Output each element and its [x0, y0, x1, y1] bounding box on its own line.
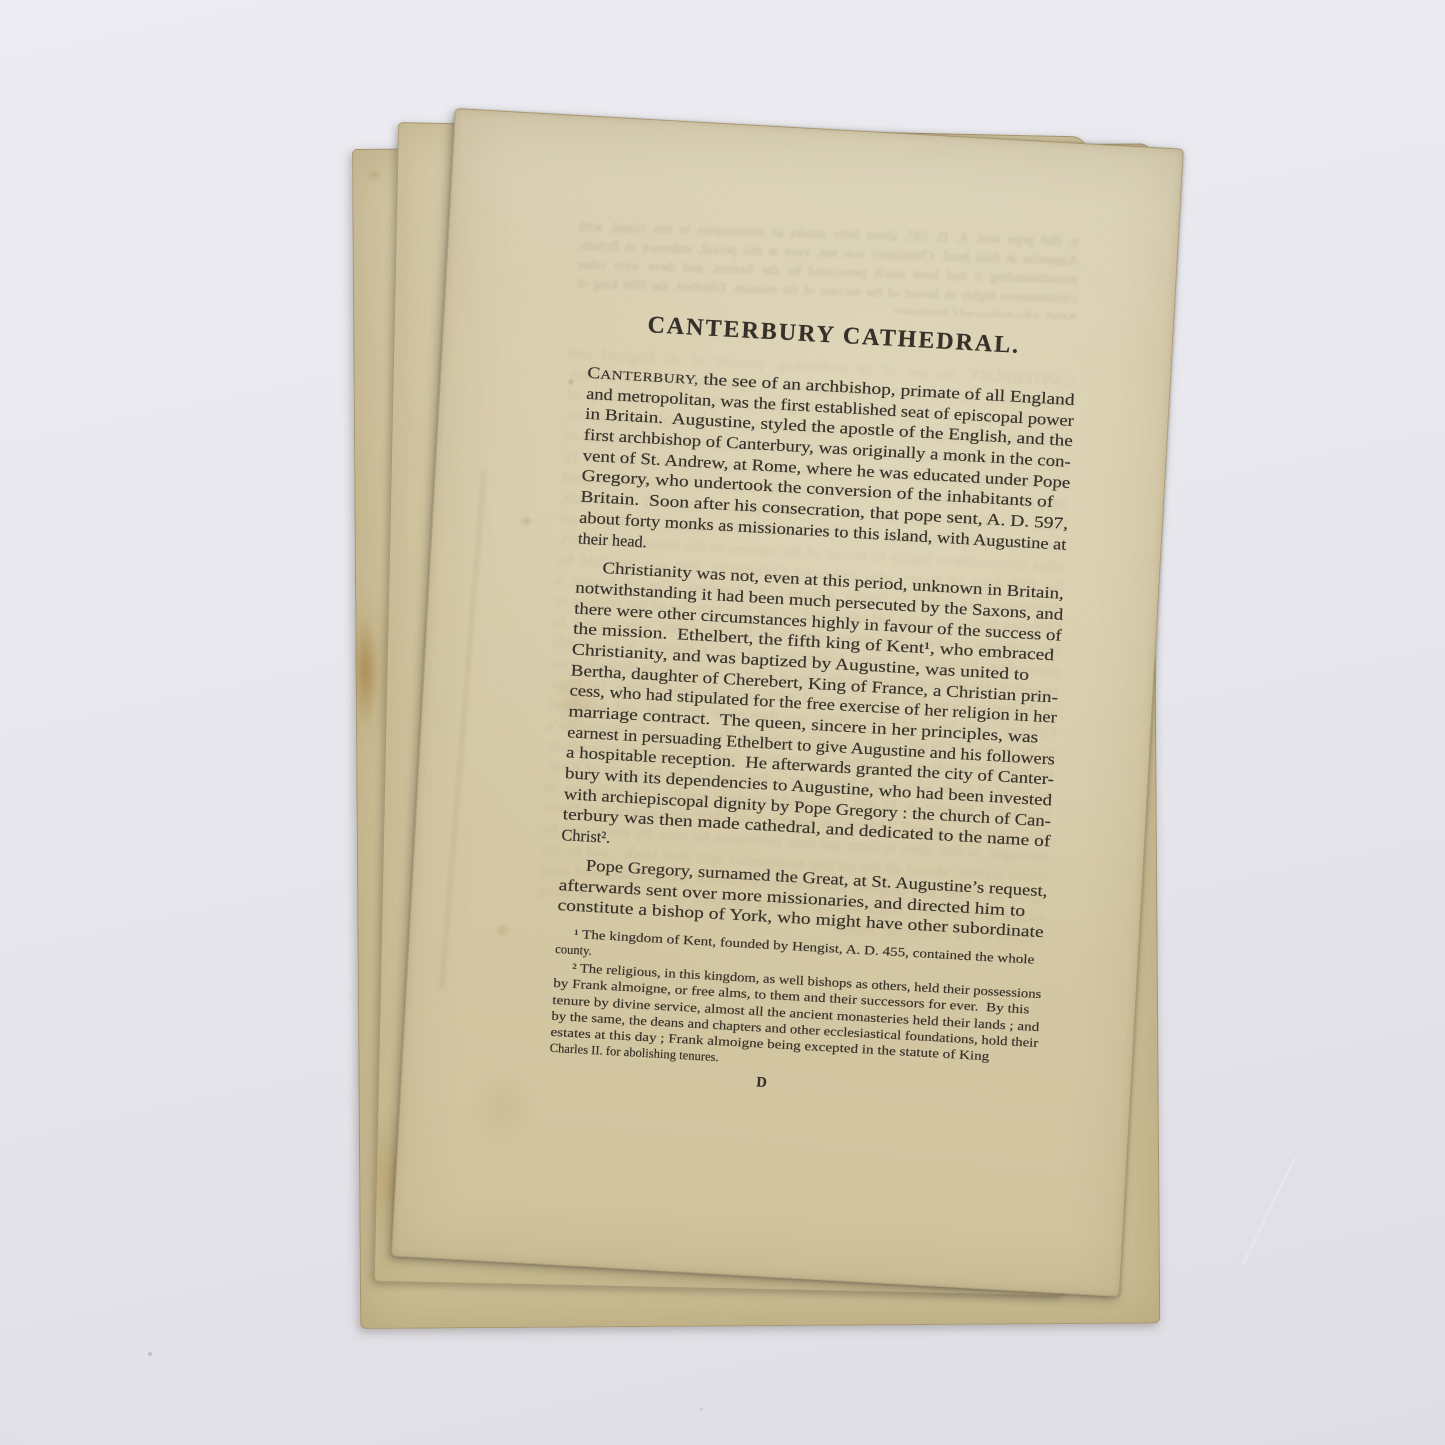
stain — [519, 515, 535, 527]
paper-sheet-front: n, that pope sent, A. D. 597, about fort… — [391, 108, 1184, 1297]
stain — [352, 616, 379, 726]
dust-speck — [700, 1408, 703, 1411]
body-paragraphs: CANTERBURY, the see of an archbishop, pr… — [557, 363, 1075, 943]
background-scratch — [1242, 1158, 1296, 1265]
paper-crease — [440, 471, 486, 989]
stain — [464, 1063, 541, 1151]
paragraph: Christianity was not, even at this perio… — [561, 557, 1064, 873]
stain — [365, 168, 383, 182]
stain — [567, 378, 575, 386]
photo-backdrop: n, that pope sent, A. D. 597, about fort… — [0, 0, 1445, 1445]
paragraph: CANTERBURY, the see of an archbishop, pr… — [578, 363, 1076, 576]
printed-page-text: CANTERBURY CATHEDRAL. CANTERBURY, the se… — [548, 307, 1078, 1107]
footnotes: ¹ The kingdom of Kent, founded by Hengis… — [549, 925, 1044, 1084]
page-title: CANTERBURY CATHEDRAL. — [589, 307, 1078, 364]
ghost-showthrough-top: n, that pope sent, A. D. 597, about fort… — [576, 217, 1078, 320]
stain — [494, 922, 512, 938]
dust-speck — [148, 1352, 152, 1356]
